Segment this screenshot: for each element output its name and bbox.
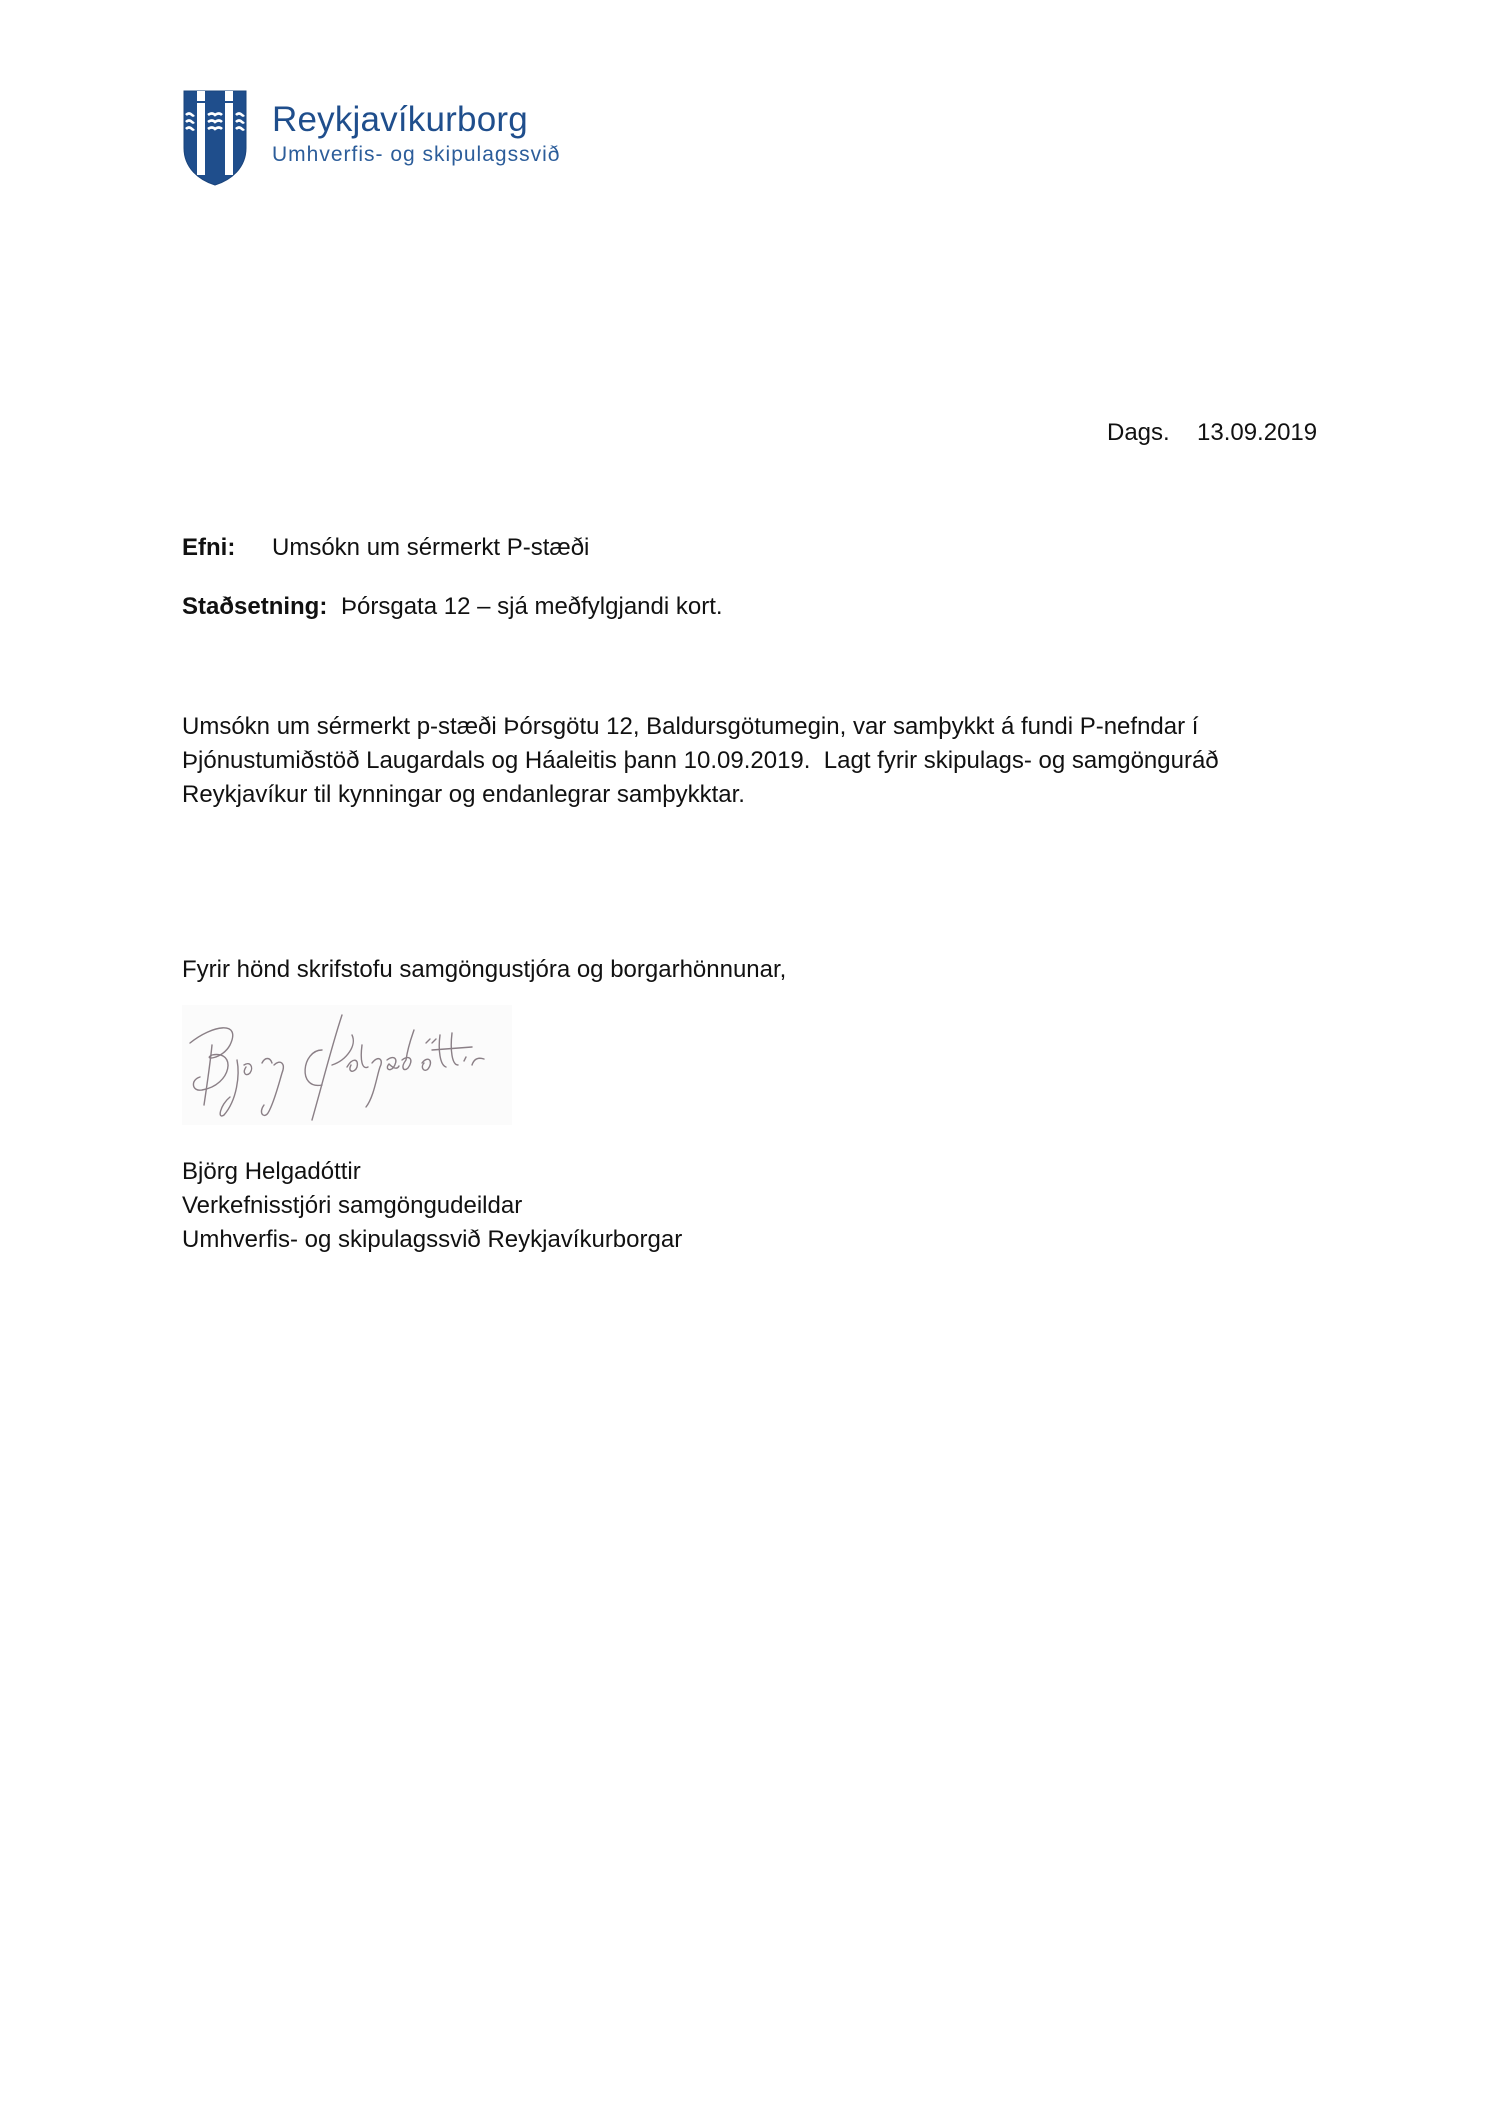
organization-name: Reykjavíkurborg [272,100,528,140]
division-name: Umhverfis- og skipulagssvið [272,143,560,167]
date-label: Dags. [1107,416,1170,450]
handwritten-signature-icon [182,1005,512,1125]
date-value: 13.09.2019 [1197,416,1317,450]
body-line: Þjónustumiðstöð Laugardals og Háaleitis … [182,744,1219,778]
location-label: Staðsetning: [182,590,327,624]
subject-label: Efni: [182,531,235,565]
signatory-title: Verkefnisstjóri samgöngudeildar [182,1189,522,1223]
body-paragraph: Umsókn um sérmerkt p-stæði Þórsgötu 12, … [182,710,1219,812]
reykjavik-coat-of-arms-icon [183,90,247,186]
body-line: Reykjavíkur til kynningar og endanlegrar… [182,778,1219,812]
closing-greeting: Fyrir hönd skrifstofu samgöngustjóra og … [182,953,786,987]
location-value: Þórsgata 12 – sjá meðfylgjandi kort. [341,590,723,624]
body-line: Umsókn um sérmerkt p-stæði Þórsgötu 12, … [182,710,1219,744]
subject-value: Umsókn um sérmerkt P-stæði [272,531,589,565]
signatory-department: Umhverfis- og skipulagssvið Reykjavíkurb… [182,1223,682,1257]
signatory-name: Björg Helgadóttir [182,1155,361,1189]
